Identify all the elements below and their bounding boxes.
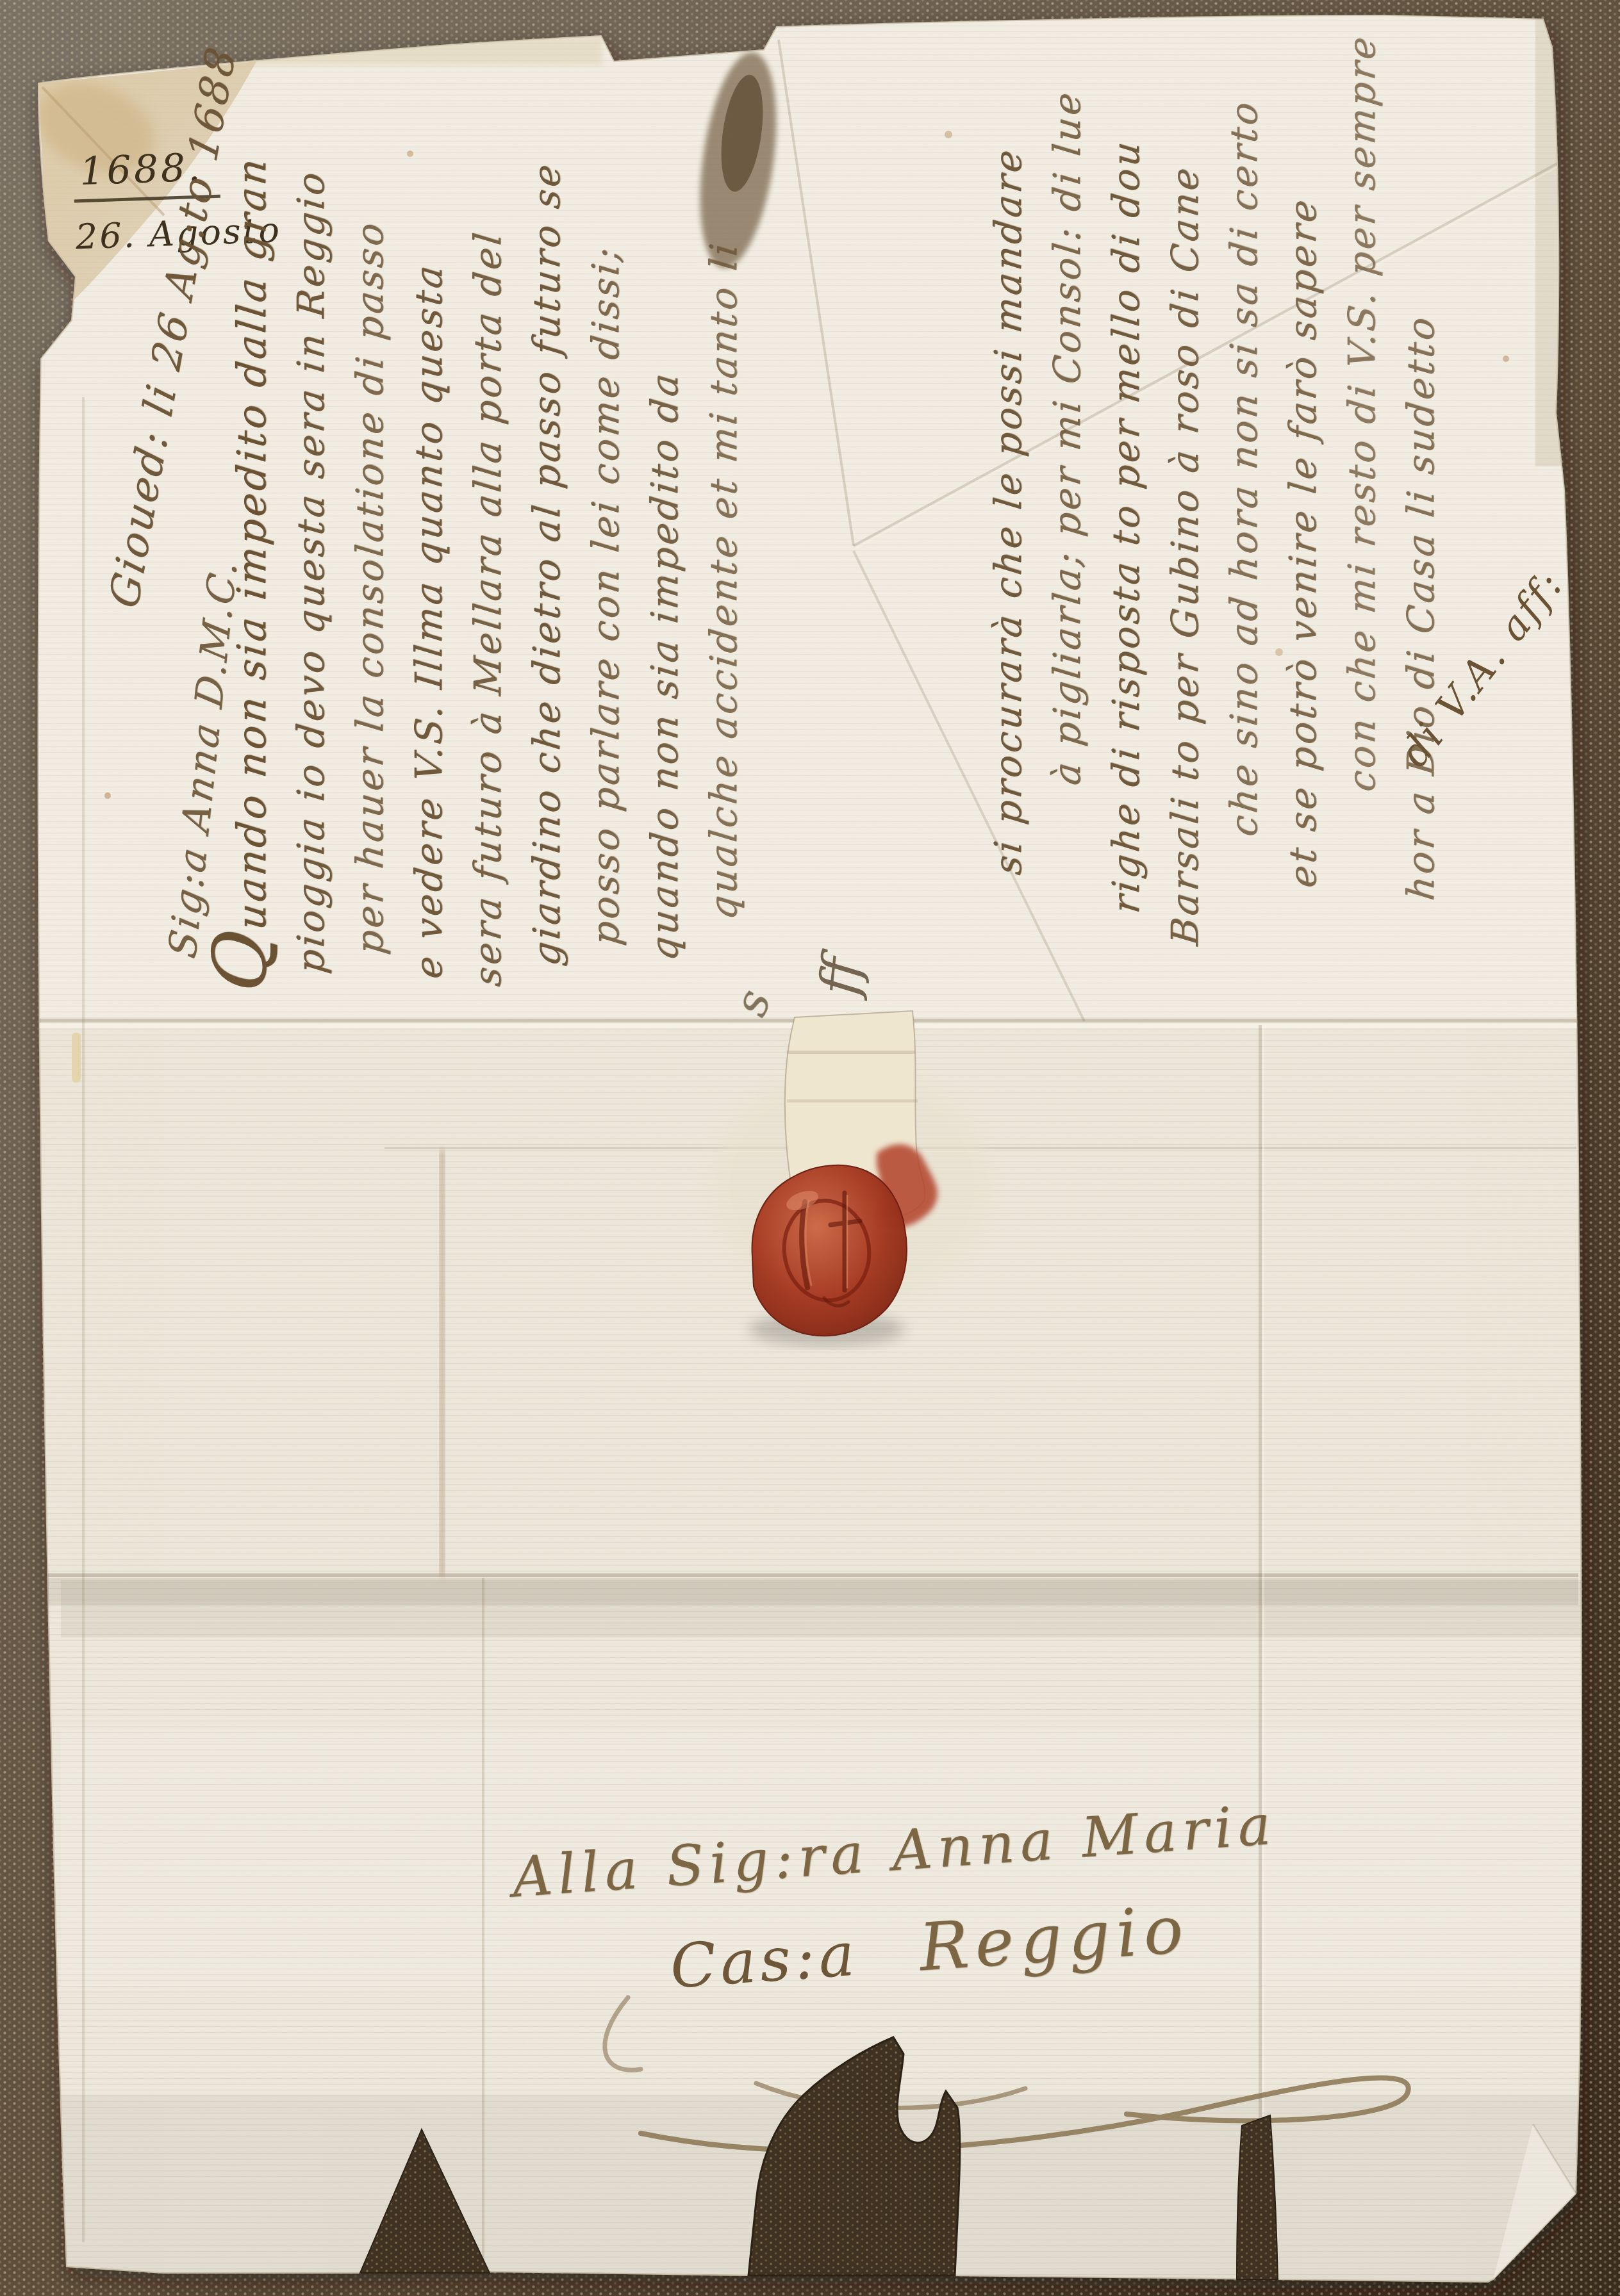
- wax-seal: [748, 1165, 907, 1346]
- letter-line: à pigliarla; per mi Consol: di lue: [1037, 13, 1096, 788]
- letter-photograph: 1688. 26. Agosto Gioued: li 26 Ag:to 168…: [0, 0, 1620, 2296]
- letter-body-rotated: Gioued: li 26 Ag:to 1688Sig:a Anna D.M.C…: [94, 19, 1574, 999]
- letter-line: sera futuro à Mellara alla porta del: [458, 13, 517, 989]
- letter-paragraph-1: Gioued: li 26 Ag:to 1688Sig:a Anna D.M.C…: [94, 19, 753, 999]
- letter-line: che sino ad hora non si sa di certo: [1214, 13, 1273, 839]
- letter-line: quando non sia impedito da: [635, 13, 694, 963]
- letter-line: righe di risposta to per mello di dou: [1096, 13, 1155, 916]
- torn-slit-right: [1237, 2115, 1278, 2279]
- letter-line: posso parlare con lei come dissi;: [576, 13, 635, 948]
- address-gap: [859, 1971, 921, 1975]
- fragment-ink-mark: ff: [809, 955, 873, 998]
- letter-line: e vedere V.S. Illma quanto questa: [399, 13, 458, 981]
- letter-line: et se potrò venire le farò sapere: [1273, 13, 1332, 890]
- letter-line: pioggia io devo questa sera in Reggio: [281, 13, 340, 976]
- letter-line: si procurarà che le possi mandare: [979, 13, 1037, 878]
- letter-line: giardino che dietro al passo futuro se: [517, 13, 576, 969]
- letter-line: Barsali to per Gubino à roso di Cane: [1155, 13, 1214, 948]
- address-casa: Cas:a: [668, 1919, 861, 2002]
- letter-paragraph-2: si procurarà che le possi mandareà pigli…: [979, 19, 1450, 999]
- letter-line: qualche accidente et mi tanto li: [694, 13, 753, 922]
- letter-line: con che mi resto di V.S. per sempre: [1332, 13, 1391, 794]
- letter-line: per hauer la consolatione di passo: [340, 13, 399, 957]
- letter-line: Quando non sia impedito dalla gran: [211, 12, 281, 996]
